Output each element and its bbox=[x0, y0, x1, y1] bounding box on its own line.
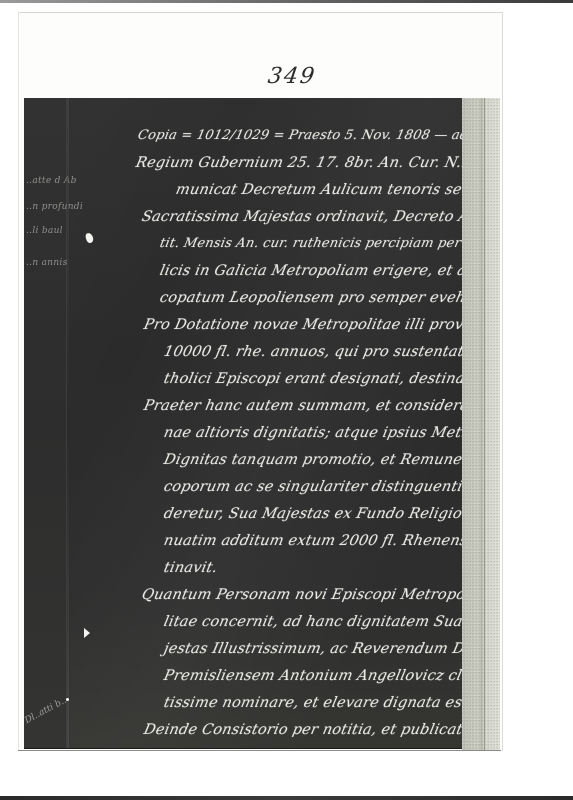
manuscript-line: Premisliensem Antonium Angellovicz cleme… bbox=[162, 668, 462, 684]
manuscript-page: ..atte d Ab ..n profundi ..li baul ..n a… bbox=[24, 98, 462, 749]
manuscript-line: tholici Episcopi erant designati, destin… bbox=[162, 371, 462, 387]
manuscript-line: copatum Leopoliensem pro semper evehere … bbox=[158, 290, 462, 306]
manuscript-line: jestas Illustrissimum, ac Reverendum Dnu… bbox=[162, 641, 462, 657]
manuscript-line: tinavit. bbox=[162, 560, 219, 576]
manuscript-line: municat Decretum Aulicum tenoris sequent… bbox=[174, 182, 462, 198]
binding-strip bbox=[462, 98, 500, 751]
page-number: 349 bbox=[266, 64, 318, 89]
manuscript-line: nae altioris dignitatis; atque ipsius Me… bbox=[162, 425, 462, 441]
manuscript-line: Regium Gubernium 25. 17. 8br. An. Cur. N… bbox=[134, 155, 462, 171]
manuscript-line: nuatim additum extum 2000 fl. Rhenenses … bbox=[162, 533, 462, 549]
photo-bottom-edge bbox=[18, 750, 501, 751]
manuscript-line: Copia = 1012/1029 = Praesto 5. Nov. 1808… bbox=[136, 128, 462, 143]
manuscript-line: Pro Dotatione novae Metropolitae illi pr… bbox=[142, 317, 462, 333]
manuscript-line: Quantum Personam novi Episcopi Metropo- bbox=[140, 587, 462, 603]
handwritten-text-block: Copia = 1012/1029 = Praesto 5. Nov. 1808… bbox=[24, 98, 462, 748]
manuscript-line: licis in Galicia Metropoliam erigere, et… bbox=[158, 263, 462, 279]
manuscript-line: litae concernit, ad hanc dignitatem Sua … bbox=[162, 614, 462, 630]
manuscript-line: Praeter hanc autem summam, et considerat… bbox=[142, 398, 462, 414]
manuscript-line: Deinde Consistorio per notitia, et publi… bbox=[142, 722, 462, 738]
photo-top-edge bbox=[0, 0, 573, 3]
manuscript-line: 10000 fl. rhe. annuos, qui pro sustentat… bbox=[162, 344, 462, 360]
binding-seam bbox=[484, 98, 485, 750]
scan-bottom-edge bbox=[0, 796, 573, 800]
manuscript-line: tissime nominare, et elevare dignata est… bbox=[162, 695, 462, 711]
manuscript-line: tit. Mensis An. cur. ruthenicis percipia… bbox=[158, 236, 462, 251]
manuscript-line: Dignitas tanquam promotio, et Remunerati… bbox=[162, 452, 462, 468]
manuscript-line: coporum ac se singulariter distinguentiu… bbox=[162, 479, 462, 495]
manuscript-line: Sacratissima Majestas ordinavit, Decreto… bbox=[140, 209, 462, 225]
manuscript-line: deretur, Sua Majestas ex Fundo Religioni… bbox=[162, 506, 462, 522]
